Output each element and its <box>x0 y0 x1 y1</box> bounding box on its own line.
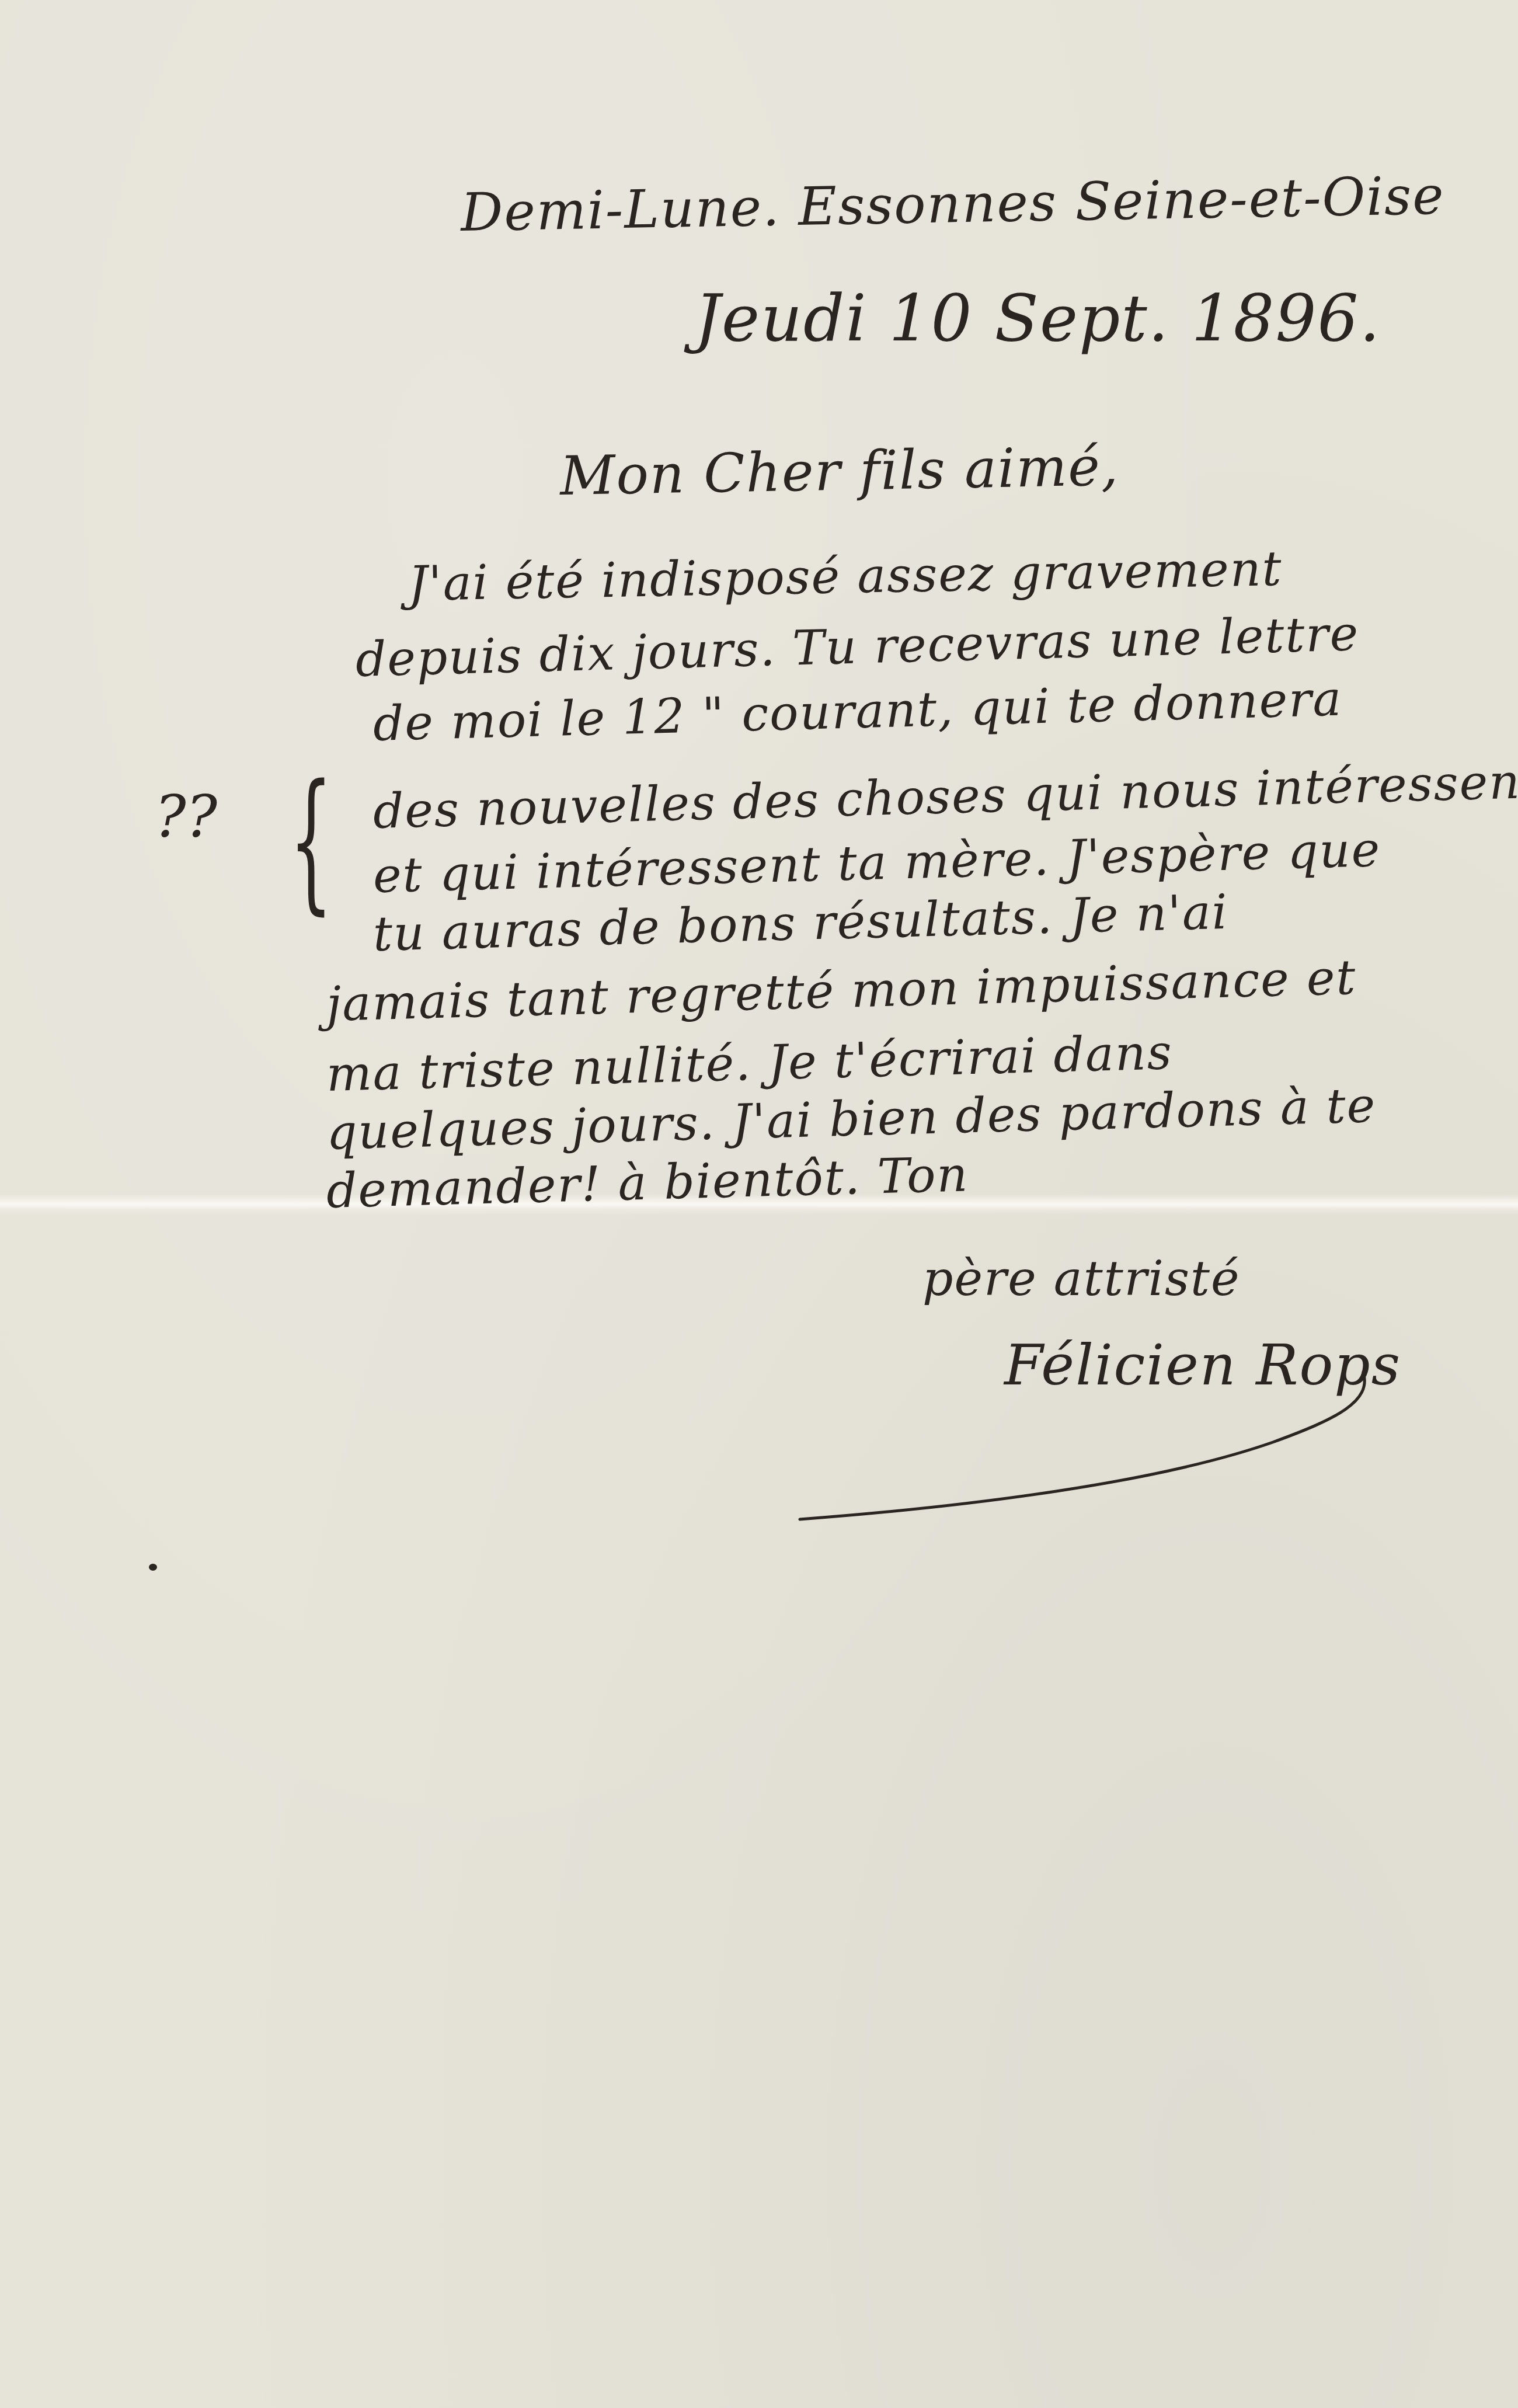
signature-flourish <box>794 1366 1407 1541</box>
marginal-question-marks: ?? <box>155 782 217 851</box>
letter-date: Jeudi 10 Sept. 1896. <box>695 286 1381 350</box>
ink-dot <box>149 1564 157 1571</box>
salutation: Mon Cher fils aimé, <box>559 440 1119 503</box>
body-line: J'ai été indisposé assez gravement <box>408 545 1283 608</box>
closing: père attristé <box>922 1255 1241 1303</box>
marginal-brace: { <box>289 765 332 917</box>
